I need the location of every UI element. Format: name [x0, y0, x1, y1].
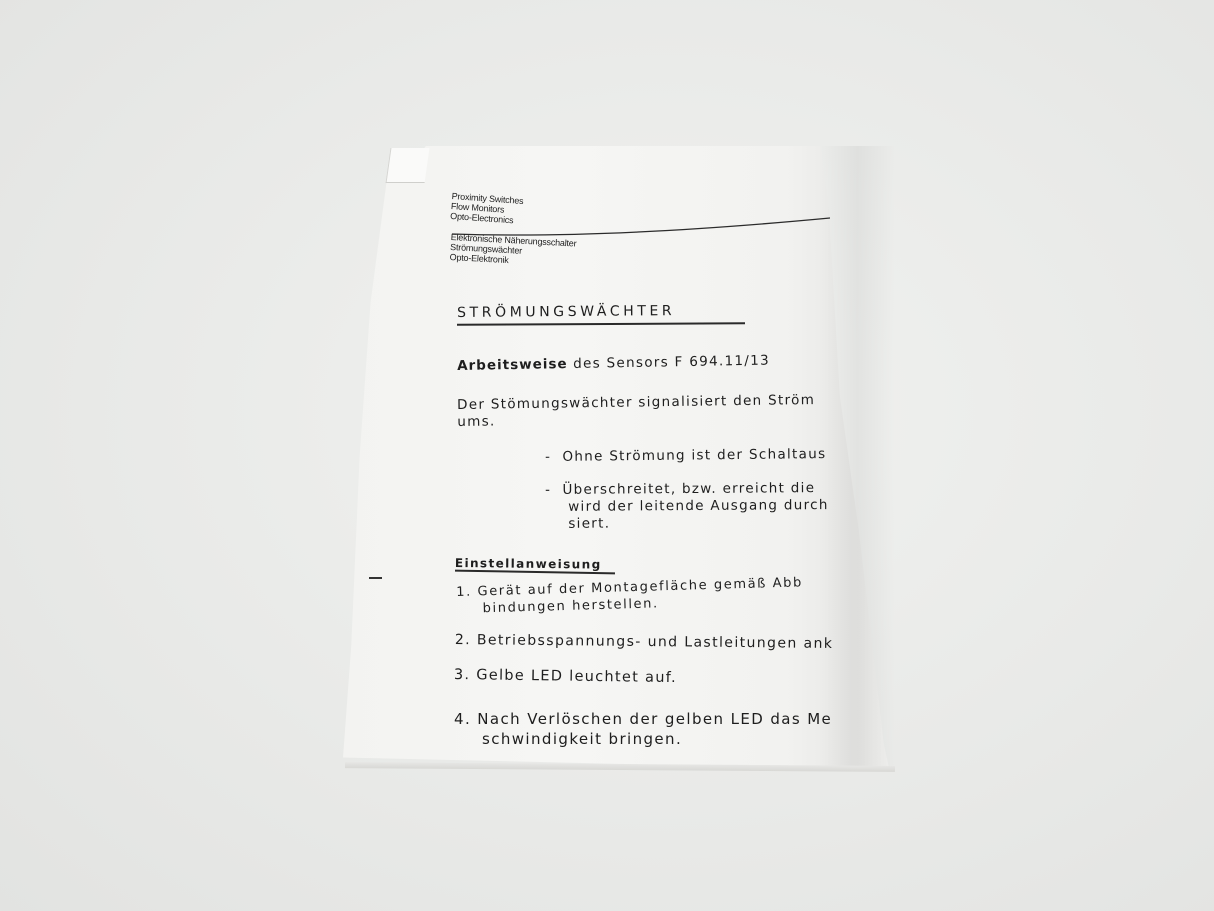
step-item: 4. Nach Verlöschen der gelben LED das Me…	[454, 709, 832, 749]
step-text: Gelbe LED leuchtet auf.	[476, 667, 677, 686]
bullet-text: siert.	[545, 514, 829, 533]
document-title: STRÖMUNGSWÄCHTER	[457, 303, 675, 321]
bullet-text: Überschreitet, bzw. erreicht die	[562, 480, 815, 498]
intro-paragraph: Der Stömungswächter signalisiert den Str…	[457, 392, 815, 431]
margin-mark	[369, 577, 382, 579]
step-number: 3.	[454, 667, 471, 683]
bullet-marker: -	[545, 482, 551, 498]
bullet-item: - Ohne Strömung ist der Schaltaus	[545, 446, 826, 466]
step-number: 1.	[456, 585, 472, 600]
step-text: Betriebsspannungs- und Lastleitungen ank	[477, 632, 833, 652]
bullet-text: Ohne Strömung ist der Schaltaus	[562, 446, 826, 465]
bullet-text: wird der leitende Ausgang durch	[545, 497, 829, 516]
step-text: Nach Verlöschen der gelben LED das Me	[477, 710, 832, 728]
step-number: 2.	[455, 632, 471, 648]
subtitle-bold: Arbeitsweise	[457, 356, 568, 374]
subtitle-rest: des Sensors F 694.11/13	[567, 353, 770, 373]
bullet-marker: -	[545, 449, 551, 465]
bullet-item: - Überschreitet, bzw. erreicht die wird …	[545, 480, 829, 533]
step-number: 4.	[454, 710, 471, 728]
step-item: 3. Gelbe LED leuchtet auf.	[454, 667, 677, 687]
step-text: schwindigkeit bringen.	[454, 729, 832, 749]
